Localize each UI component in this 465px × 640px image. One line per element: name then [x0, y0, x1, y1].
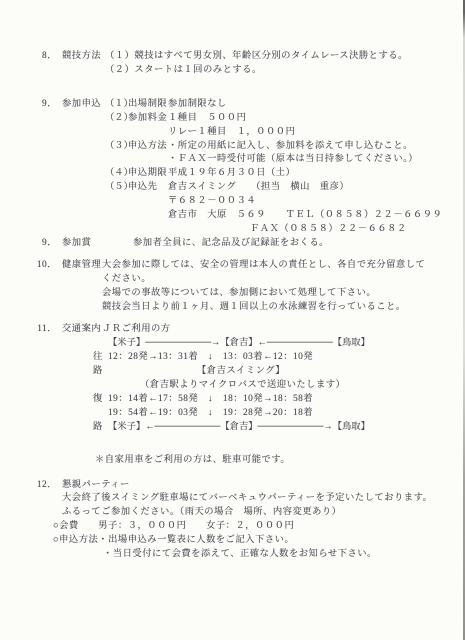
route-line-top: 【米子】──────────→【倉吉】←──────────【鳥取】: [108, 337, 370, 351]
entry-row-no: [105, 209, 128, 223]
return-times-2: 19：54着←19：03発 ↓ 19：28発→20：18着: [108, 407, 313, 421]
entry-row-label: [128, 126, 168, 140]
route-line-bottom: 【米子】←──────────【倉吉】──────────→【鳥取】: [108, 421, 370, 435]
section-number: 9．: [31, 237, 57, 251]
section-title: 参加賞: [62, 237, 133, 251]
section-party: 12． 懇親パーティー 大会終了後スイミング駐車場にてバーベキュウパーティーを予…: [0, 479, 465, 562]
entry-row: リレー１種目 １，０００円: [0, 126, 465, 140]
section-health-management: 10． 健康管理 大会参加に際しては、安全の管理は本人の責任とし、各自で充分留意…: [0, 259, 465, 315]
shuttle-note: （倉吉駅よりマイクロバスで送迎いたします）: [140, 379, 345, 393]
address-tel-line: 倉吉市 大原 ５６９ ＴＥＬ（０８５８）２２－６６９９: [168, 209, 442, 223]
section-participation-prize: 9． 参加賞 参加者全員に、記念品及び記録証をおくる。: [0, 237, 465, 251]
entry-row-label: 申込先: [128, 181, 168, 195]
entry-row-label: 参加料金: [128, 112, 168, 126]
timetable-route-top: 【米子】──────────→【倉吉】←──────────【鳥取】: [0, 337, 465, 351]
section-entry-application: 9． 参加申込 （１） 出場制限 参加制限なし （２） 参加料金 １種目 ５００…: [0, 98, 465, 237]
entry-row-value: ・所定の用紙に記入し、参加料を添えて申し込むこと。: [168, 140, 413, 154]
outbound-times: 12：28発→13：31着 ↓ 13：03着←12：10発: [108, 351, 313, 365]
entry-row-value: 倉吉スイミング （担当 横山 重彦）: [168, 181, 349, 195]
health-line-3: 会場での事故等については、参加側において処理して下さい。: [0, 287, 465, 301]
party-apply-line: ○申込方法・出場申込み一覧表に人数をご記入下さい。: [0, 534, 465, 548]
timetable-outbound-row: 往 12：28発→13：31着 ↓ 13：03着←12：10発: [0, 351, 465, 365]
route-label: 路: [93, 421, 108, 435]
scanned-document-page: 8． 競技方法 （１）競技はすべて男女別、年齢区分別のタイムレース決勝とする。 …: [0, 0, 465, 640]
entry-row-label: 出場制限: [128, 98, 168, 112]
section-number: 8．: [31, 50, 57, 64]
section-number: 10．: [31, 259, 57, 273]
section-10-header-row: 10． 健康管理 大会参加に際しては、安全の管理は本人の責任とし、各自で充分留意…: [0, 259, 465, 273]
section-8-row: （２）スタートは１回のみとする。: [0, 64, 465, 78]
method-item-1: （１）競技はすべて男女別、年齢区分別のタイムレース決勝とする。: [105, 50, 408, 64]
entry-row: （４） 申込期限 平成１９年６月３０日（土）: [0, 167, 465, 181]
timetable-route-bottom: 路 【米子】←──────────【倉吉】──────────→【鳥取】: [0, 421, 465, 435]
route-label: 路: [93, 365, 108, 379]
method-item-2: （２）スタートは１回のみとする。: [105, 64, 262, 78]
health-line-4: 競技会当日より前１ヶ月、週１回以上の水泳練習を行っていること。: [0, 301, 465, 315]
party-apply-line-2: ・当日受付にて会費を添えて、正確な人数をお知らせ下さい。: [0, 548, 465, 562]
entry-row-no: [105, 126, 128, 140]
entry-row-value: １種目 ５００円: [168, 112, 246, 126]
return-label: 復: [93, 393, 108, 407]
entry-row: 倉吉市 大原 ５６９ ＴＥＬ（０８５８）２２－６６９９: [0, 209, 465, 223]
entry-row: ＦＡＸ（０８５８）２２－６６８２: [0, 223, 465, 237]
section-title: 懇親パーティー: [62, 479, 130, 493]
section-9-header-row: 9． 参加申込 （１） 出場制限 参加制限なし: [0, 98, 465, 112]
party-fee-line: ○会費 男子：３，０００円 女子：２，０００円: [0, 520, 465, 534]
health-line-2: ください。: [0, 273, 465, 287]
entry-row-label: [128, 195, 168, 209]
section-title: 交通案内: [62, 323, 102, 337]
timetable-shuttle-row: （倉吉駅よりマイクロバスで送迎いたします）: [0, 379, 465, 393]
venue-name: 【倉吉スイミング】: [197, 365, 285, 379]
entry-row-no: （５）: [105, 181, 128, 195]
document-content: 8． 競技方法 （１）競技はすべて男女別、年齢区分別のタイムレース決勝とする。 …: [0, 0, 465, 562]
entry-row-no: [105, 153, 128, 167]
entry-row-no: （４）: [105, 167, 128, 181]
entry-row: （５） 申込先 倉吉スイミング （担当 横山 重彦）: [0, 181, 465, 195]
timetable-return-row-1: 復 19：14着←17：58発 ↓ 18：10発→18：58着: [0, 393, 465, 407]
section-number: 12．: [31, 479, 57, 493]
section-transport-guide: 11． 交通案内 ＪＲご利用の方 【米子】──────────→【倉吉】←───…: [0, 323, 465, 467]
section-competition-method: 8． 競技方法 （１）競技はすべて男女別、年齢区分別のタイムレース決勝とする。 …: [0, 50, 465, 78]
section-11-header-row: 11． 交通案内 ＪＲご利用の方: [0, 323, 465, 337]
entry-row-value: リレー１種目 １，０００円: [168, 126, 295, 140]
prize-text: 参加者全員に、記念品及び記録証をおくる。: [133, 237, 329, 251]
entry-row-value: ・ＦＡＸ一時受付可能（原本は当日持参してください。）: [168, 153, 418, 167]
section-title: 競技方法: [62, 50, 105, 64]
section-8-header-row: 8． 競技方法 （１）競技はすべて男女別、年齢区分別のタイムレース決勝とする。: [0, 50, 465, 64]
timetable-return-row-2: 19：54着←19：03発 ↓ 19：28発→20：18着: [0, 407, 465, 421]
entry-row-label: [128, 153, 168, 167]
entry-row: （３） 申込方法 ・所定の用紙に記入し、参加料を添えて申し込むこと。: [0, 140, 465, 154]
entry-row-label: [128, 209, 168, 223]
section-12-header-row: 12． 懇親パーティー: [0, 479, 465, 493]
entry-row-label: 申込方法: [128, 140, 168, 154]
entry-row: 〒６８２－００３４: [0, 195, 465, 209]
private-car-note: ＊自家用車をご利用の方は、駐車可能です。: [0, 454, 465, 468]
section-number: 11．: [31, 323, 57, 337]
fax-number-line: ＦＡＸ（０８５８）２２－６６８２: [250, 223, 407, 237]
outbound-label: 往: [93, 351, 108, 365]
party-line-1: 大会終了後スイミング駐車場にてバーベキュウパーティーを予定いたしております。: [0, 492, 465, 506]
entry-row-label: 申込期限: [128, 167, 168, 181]
postal-code: 〒６８２－００３４: [168, 195, 256, 209]
entry-row-value: 平成１９年６月３０日（土）: [168, 167, 295, 181]
party-line-2: ふるってご参加ください。（雨天の場合 場所、内容変更あり）: [0, 506, 465, 520]
timetable-venue-row: 路 【倉吉スイミング】: [0, 365, 465, 379]
section-number: 9．: [31, 98, 57, 112]
entry-row: ・ＦＡＸ一時受付可能（原本は当日持参してください。）: [0, 153, 465, 167]
prize-row: 9． 参加賞 参加者全員に、記念品及び記録証をおくる。: [0, 237, 465, 251]
section-title: 参加申込: [62, 98, 105, 112]
entry-row-no: （３）: [105, 140, 128, 154]
entry-row-value: 参加制限なし: [168, 98, 227, 112]
return-times-1: 19：14着←17：58発 ↓ 18：10発→18：58着: [108, 393, 313, 407]
entry-row: （２） 参加料金 １種目 ５００円: [0, 112, 465, 126]
entry-row-no: [105, 195, 128, 209]
section-title: 健康管理: [62, 259, 102, 273]
jr-subtitle: ＪＲご利用の方: [102, 323, 171, 337]
entry-row-no: （１）: [105, 98, 128, 112]
health-line-1: 大会参加に際しては、安全の管理は本人の責任とし、各自で充分留意して: [102, 259, 425, 273]
entry-row-no: （２）: [105, 112, 128, 126]
